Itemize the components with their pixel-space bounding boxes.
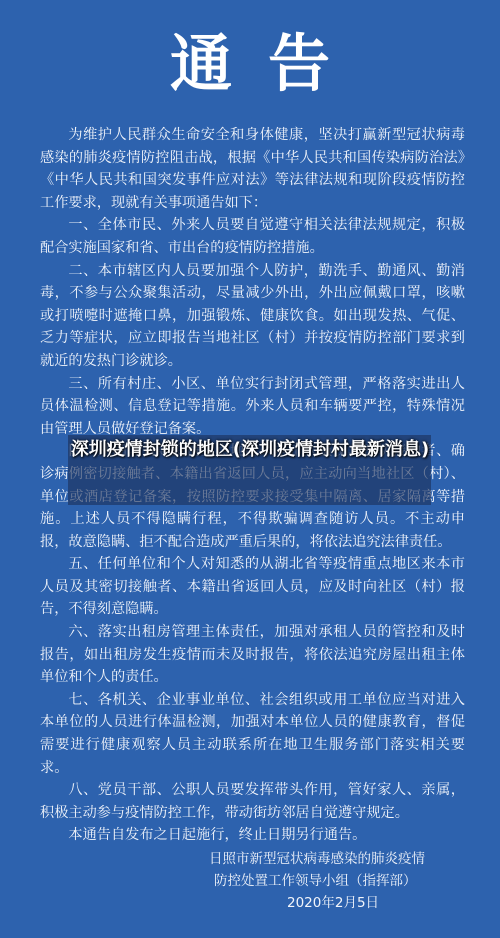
clause-5: 五、任何单位和个人对知悉的从湖北省等疫情重点地区来本市人员及其密切接触者、本籍出… (40, 553, 465, 621)
headline-overlay-text: 深圳疫情封锁的地区(深圳疫情封村最新消息) (60, 438, 440, 462)
clause-8: 八、党员干部、公职人员要发挥带头作用，管好家人、亲属，积极主动参与疫情防控工作，… (40, 779, 465, 824)
clause-6: 六、落实出租房管理主体责任，加强对承租人员的管控和及时报告，如出租房发生疫情而未… (40, 621, 465, 689)
clause-3: 三、所有村庄、小区、单位实行封闭式管理，严格落实进出人员体温检测、信息登记等措施… (40, 373, 465, 441)
intro-paragraph: 为维护人民群众生命安全和身体健康，坚决打赢新型冠状病毒感染的肺炎疫情防控阻击战，… (40, 124, 465, 214)
issuer-line-1: 日照市新型冠状病毒感染的肺炎疫情 (200, 848, 450, 870)
effective-clause: 本通告自发布之日起施行，终止日期另行通告。 (40, 824, 465, 847)
issue-date: 2020年2月5日 (200, 892, 450, 914)
clause-1: 一、全体市民、外来人员要自觉遵守相关法律法规规定，积极配合实施国家和省、市出台的… (40, 214, 465, 259)
signoff-block: 日照市新型冠状病毒感染的肺炎疫情 防控处置工作领导小组（指挥部） 2020年2月… (200, 848, 450, 914)
clause-7: 七、各机关、企业事业单位、社会组织或用工单位应当对进入本单位的人员进行体温检测，… (40, 689, 465, 779)
notice-title: 通告 (0, 24, 500, 104)
clause-2: 二、本市辖区内人员要加强个人防护，勤洗手、勤通风、勤消毒，不参与公众聚集活动，尽… (40, 260, 465, 373)
issuer-line-2: 防控处置工作领导小组（指挥部） (200, 870, 450, 892)
